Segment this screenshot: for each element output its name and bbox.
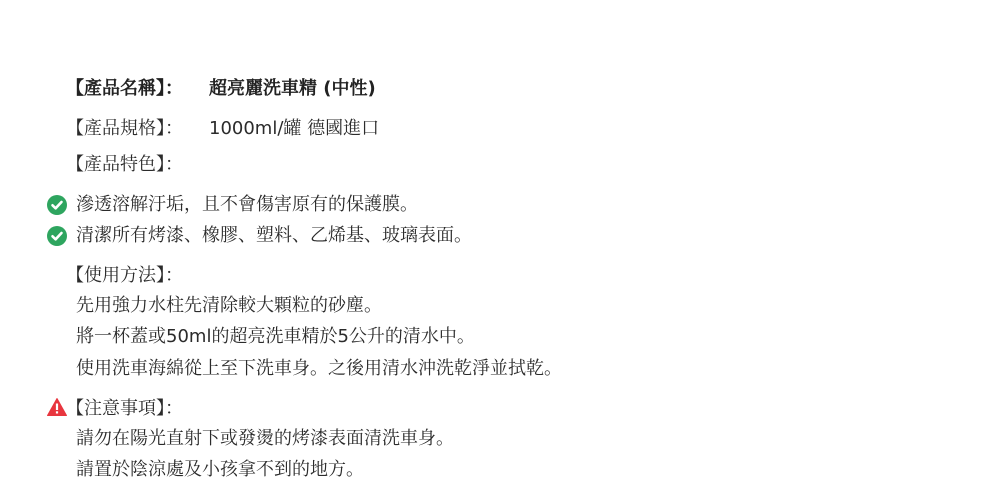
check-circle-icon [47, 226, 67, 246]
product-spec-value: 1000ml/罐 德國進口 [209, 117, 379, 141]
caution-item: 請置於陰涼處及小孩拿不到的地方。 [76, 458, 364, 482]
feature-text: 滲透溶解汙垢，且不會傷害原有的保護膜。 [76, 193, 418, 217]
check-circle-icon [47, 195, 67, 215]
caution-label: 【注意事項】： [66, 397, 183, 421]
usage-step: 使用洗車海綿從上至下洗車身。之後用清水沖洗乾淨並拭乾。 [76, 357, 562, 381]
warning-icon [47, 398, 67, 416]
caution-item: 請勿在陽光直射下或發燙的烤漆表面清洗車身。 [76, 427, 454, 451]
usage-step: 先用強力水柱先清除較大顆粒的砂塵。 [76, 294, 382, 318]
feature-text: 清潔所有烤漆、橡膠、塑料、乙烯基、玻璃表面。 [76, 224, 472, 248]
usage-label: 【使用方法】： [66, 264, 183, 288]
product-name-label: 【產品名稱】： [66, 77, 183, 101]
product-spec-label: 【產品規格】： [66, 117, 183, 141]
features-label: 【產品特色】： [66, 153, 183, 177]
product-name-value: 超亮麗洗車精 (中性) [209, 77, 376, 101]
usage-step: 將一杯蓋或50ml的超亮洗車精於5公升的清水中。 [76, 325, 475, 349]
